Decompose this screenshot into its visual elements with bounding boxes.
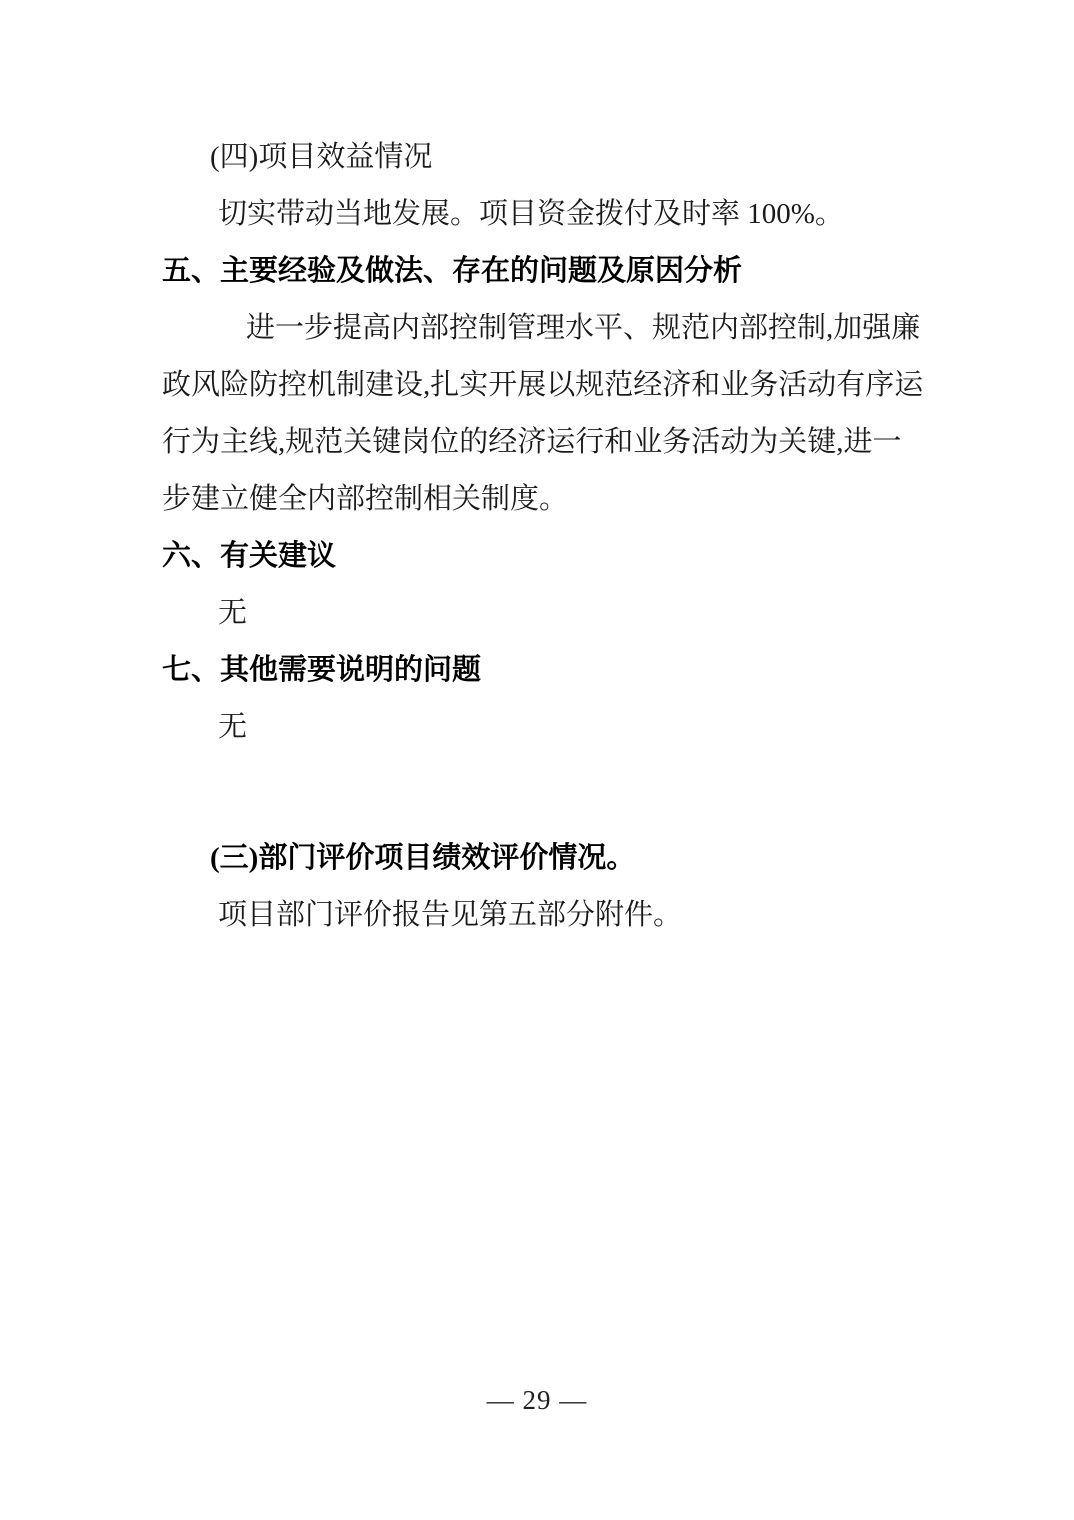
- page-number: — 29 —: [487, 1385, 588, 1415]
- document-body: (四)项目效益情况 切实带动当地发展。项目资金拨付及时率 100%。 五、主要经…: [162, 129, 926, 944]
- subsection-three-body: 项目部门评价报告见第五部分附件。: [162, 887, 926, 944]
- section-six-heading: 六、有关建议: [162, 528, 926, 585]
- document-page: (四)项目效益情况 切实带动当地发展。项目资金拨付及时率 100%。 五、主要经…: [0, 0, 1074, 1520]
- subsection-four-heading: (四)项目效益情况: [162, 129, 926, 186]
- section-seven-heading: 七、其他需要说明的问题: [162, 642, 926, 699]
- section-seven-body: 无: [162, 699, 926, 756]
- page-footer: — 29 —: [0, 1384, 1074, 1416]
- section-six-body: 无: [162, 585, 926, 642]
- section-five-body: 进一步提高内部控制管理水平、规范内部控制,加强廉政风险防控机制建设,扎实开展以规…: [162, 300, 926, 528]
- section-gap: [162, 756, 926, 830]
- subsection-three-heading: (三)部门评价项目绩效评价情况。: [162, 830, 926, 887]
- section-five-heading: 五、主要经验及做法、存在的问题及原因分析: [162, 243, 926, 300]
- subsection-four-body: 切实带动当地发展。项目资金拨付及时率 100%。: [162, 186, 926, 243]
